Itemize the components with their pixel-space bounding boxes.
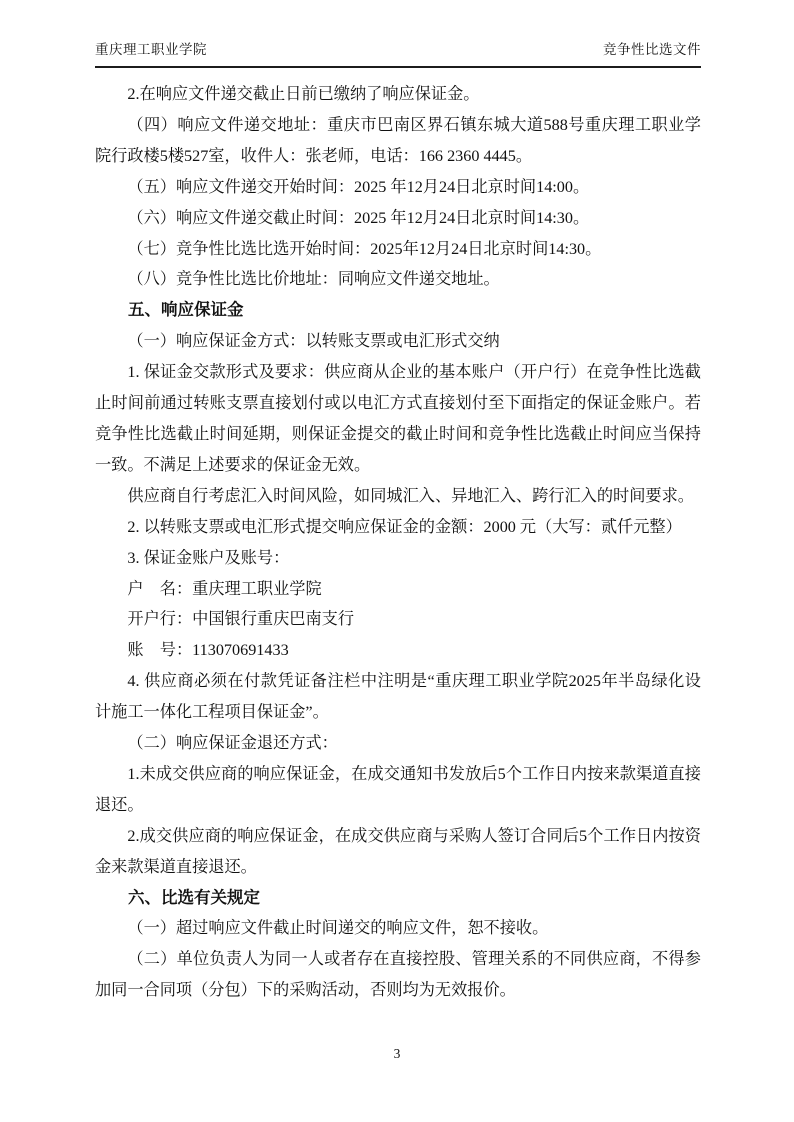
paragraph: （一）响应保证金方式：以转账支票或电汇形式交纳 bbox=[95, 326, 701, 357]
paragraph: 3. 保证金账户及账号： bbox=[95, 543, 701, 574]
paragraph: （一）超过响应文件截止时间递交的响应文件，恕不接收。 bbox=[95, 913, 701, 944]
header-left-title: 重庆理工职业学院 bbox=[95, 38, 207, 58]
paragraph: 开户行：中国银行重庆巴南支行 bbox=[95, 604, 701, 635]
paragraph: （二）响应保证金退还方式： bbox=[95, 728, 701, 759]
paragraph: 4. 供应商必须在付款凭证备注栏中注明是“重庆理工职业学院2025年半岛绿化设计… bbox=[95, 666, 701, 728]
page-header: 重庆理工职业学院 竞争性比选文件 bbox=[95, 38, 701, 68]
document-page: 重庆理工职业学院 竞争性比选文件 2.在响应文件递交截止日前已缴纳了响应保证金。… bbox=[0, 0, 794, 1122]
header-right-title: 竞争性比选文件 bbox=[603, 38, 701, 58]
paragraph: （七）竞争性比选比选开始时间：2025年12月24日北京时间14:30。 bbox=[95, 234, 701, 265]
paragraph: 1. 保证金交款形式及要求：供应商从企业的基本账户（开户行）在竞争性比选截止时间… bbox=[95, 357, 701, 481]
paragraph: （六）响应文件递交截止时间：2025 年12月24日北京时间14:30。 bbox=[95, 203, 701, 234]
paragraph: （五）响应文件递交开始时间：2025 年12月24日北京时间14:00。 bbox=[95, 172, 701, 203]
paragraph: （二）单位负责人为同一人或者存在直接控股、管理关系的不同供应商，不得参加同一合同… bbox=[95, 944, 701, 1006]
paragraph: 2.成交供应商的响应保证金，在成交供应商与采购人签订合同后5个工作日内按资金来款… bbox=[95, 821, 701, 883]
paragraph: 2. 以转账支票或电汇形式提交响应保证金的金额：2000 元（大写：贰仟元整） bbox=[95, 512, 701, 543]
page-number: 3 bbox=[394, 1046, 401, 1061]
section-heading: 五、响应保证金 bbox=[95, 295, 701, 326]
paragraph: 供应商自行考虑汇入时间风险，如同城汇入、异地汇入、跨行汇入的时间要求。 bbox=[95, 481, 701, 512]
page-footer: 3 bbox=[0, 1046, 794, 1062]
document-body: 2.在响应文件递交截止日前已缴纳了响应保证金。 （四）响应文件递交地址：重庆市巴… bbox=[95, 79, 701, 1006]
paragraph: （八）竞争性比选比价地址：同响应文件递交地址。 bbox=[95, 264, 701, 295]
paragraph: 1.未成交供应商的响应保证金，在成交通知书发放后5个工作日内按来款渠道直接退还。 bbox=[95, 759, 701, 821]
paragraph: 户 名：重庆理工职业学院 bbox=[95, 574, 701, 605]
paragraph: 账 号：113070691433 bbox=[95, 635, 701, 666]
section-heading: 六、比选有关规定 bbox=[95, 883, 701, 914]
paragraph: （四）响应文件递交地址：重庆市巴南区界石镇东城大道588号重庆理工职业学院行政楼… bbox=[95, 110, 701, 172]
paragraph: 2.在响应文件递交截止日前已缴纳了响应保证金。 bbox=[95, 79, 701, 110]
